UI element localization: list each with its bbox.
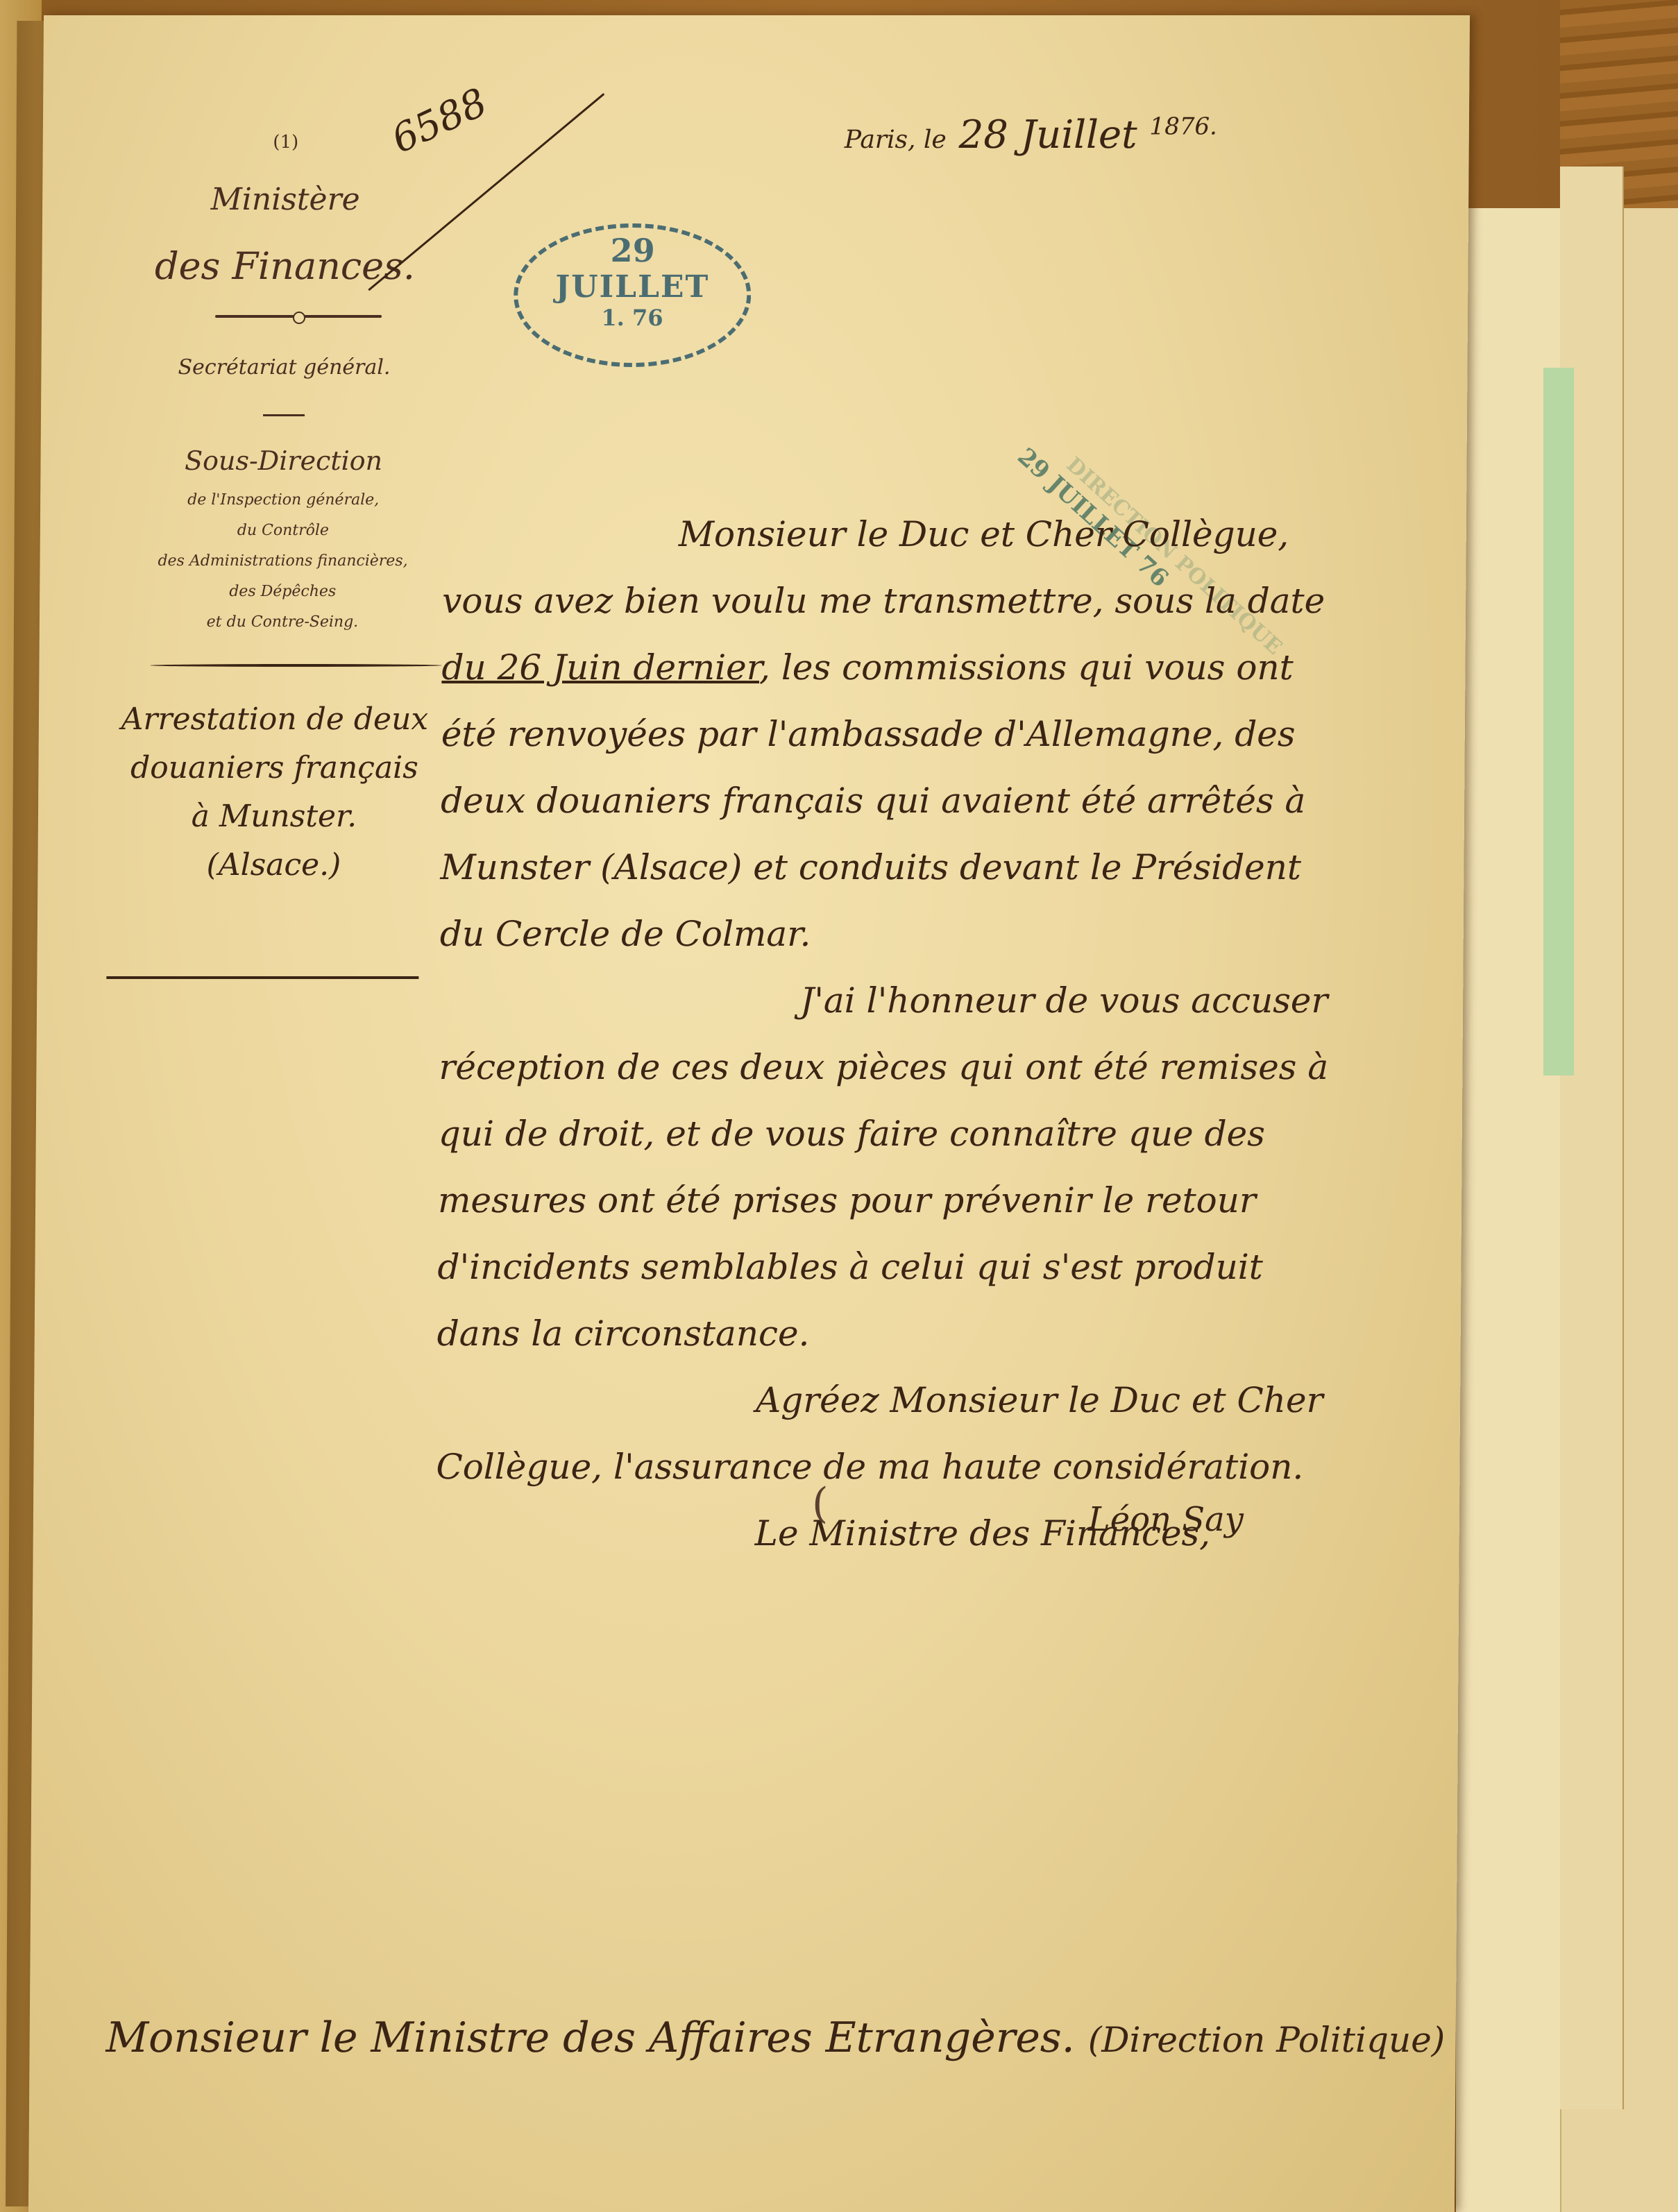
body-line: d'incidents semblables à celui qui s'est… [437,1234,1520,1300]
body-line: réception de ces deux pièces qui ont été… [439,1034,1522,1100]
letterhead-subline: du Contrôle [117,522,450,539]
stamp-month: JUILLET [518,269,747,305]
closing-line: Collègue, l'assurance de ma haute consid… [436,1433,1519,1500]
margin-line: Arrestation de deux [108,695,441,744]
body-line: Munster (Alsace) et conduits devant le P… [440,834,1523,901]
letterhead-finances: des Finances. [132,244,437,288]
body-line: deux douaniers français qui avaient été … [441,767,1524,834]
reception-stamp: 29 JUILLET 1. 76 [514,223,752,367]
stamp-day: 29 [518,232,747,269]
body-line: du 26 Juin dernier, les commissions qui … [441,634,1525,701]
short-divider [263,414,305,416]
addressee-department: (Direction Politique) [1088,2020,1446,2060]
date-month: Juillet [1020,112,1137,158]
letterhead-subline: des Administrations financières, [116,552,449,570]
body-line: vous avez bien voulu me transmettre, sou… [442,568,1525,634]
letterhead-secretariat: Secrétariat général. [131,355,437,380]
body-line: J'ai l'honneur de vous accuser [439,967,1523,1034]
margin-line: (Alsace.) [107,841,440,890]
margin-line: douaniers français [108,744,441,792]
ornament-divider [215,315,382,318]
letterhead-subline: de l'Inspection générale, [117,491,450,509]
letterhead-subline: des Dépêches [116,583,449,600]
margin-rule [106,976,418,979]
letterhead-rule [150,664,441,667]
salutation: Monsieur le Duc et Cher Collègue, [442,501,1525,568]
letter-page: (1) Ministère des Finances. Secrétariat … [28,15,1470,2212]
body-line: mesures ont été prises pour prévenir le … [438,1167,1521,1234]
addressee-text: Monsieur le Ministre des Affaires Etrang… [105,2014,1075,2062]
signature: Léon Say [1088,1500,1244,1539]
stamp-year: 1. 76 [518,305,747,331]
body-line: du Cercle de Colmar. [439,901,1523,967]
pencil-mark: ( [812,1479,829,1528]
margin-line: à Munster. [108,792,441,841]
signatory-title: Le Ministre des Finances, [435,1500,1518,1567]
reference-number: 6588 [385,80,494,162]
margin-subject-note: Arrestation de deux douaniers français à… [107,695,441,890]
closing-line: Agréez Monsieur le Duc et Cher [437,1367,1520,1433]
date-line: Paris, le 28 Juillet 1876. [845,112,1217,158]
body-line: dans la circonstance. [437,1300,1520,1367]
addressee-line: Monsieur le Ministre des Affaires Etrang… [105,2014,1445,2062]
date-year: 1876. [1149,112,1217,140]
underlined-date: du 26 Juin dernier [441,647,759,688]
letterhead-ministry: Ministère [133,182,438,217]
body-line: qui de droit, et de vous faire connaître… [438,1100,1521,1167]
date-place: Paris, le [845,126,947,154]
letter-body: Monsieur le Duc et Cher Collègue, vous a… [435,501,1525,1567]
letterhead-subline: et du Contre-Seing. [116,613,449,631]
letterhead-sous-direction: Sous-Direction [130,445,436,476]
date-day: 28 [958,112,1008,158]
body-line: été renvoyées par l'ambassade d'Allemagn… [441,701,1524,767]
green-divider-tab [1543,368,1574,1075]
